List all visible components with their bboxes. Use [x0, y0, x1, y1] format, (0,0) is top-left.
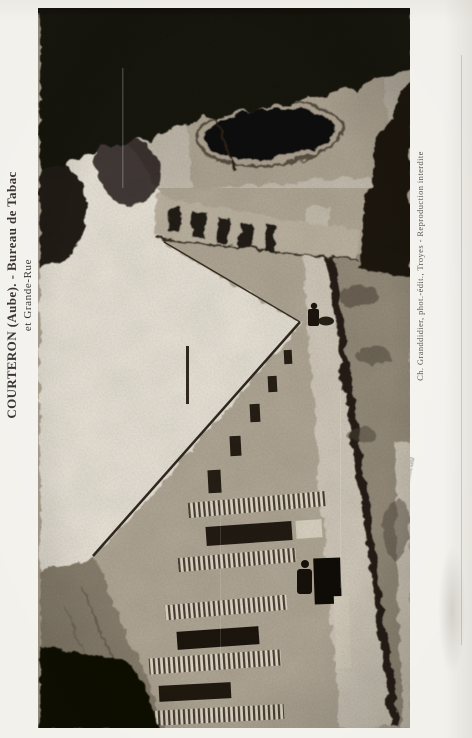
caption-subtitle: et Grande-Rue: [22, 145, 34, 445]
postcard-scan: COURTERON (Aube). - Bureau de Tabac et G…: [0, 0, 472, 738]
postcard-caption: COURTERON (Aube). - Bureau de Tabac et G…: [0, 145, 41, 445]
caption-title: COURTERON (Aube). - Bureau de Tabac: [4, 145, 20, 445]
photo-aging-artifacts: [38, 8, 410, 728]
publisher-credit: Ch. Granddidier, phot.-édit., Troyes - R…: [415, 80, 427, 452]
street-photograph: [38, 8, 410, 728]
photo-canvas: [38, 8, 410, 728]
scan-smudge: [438, 545, 466, 675]
